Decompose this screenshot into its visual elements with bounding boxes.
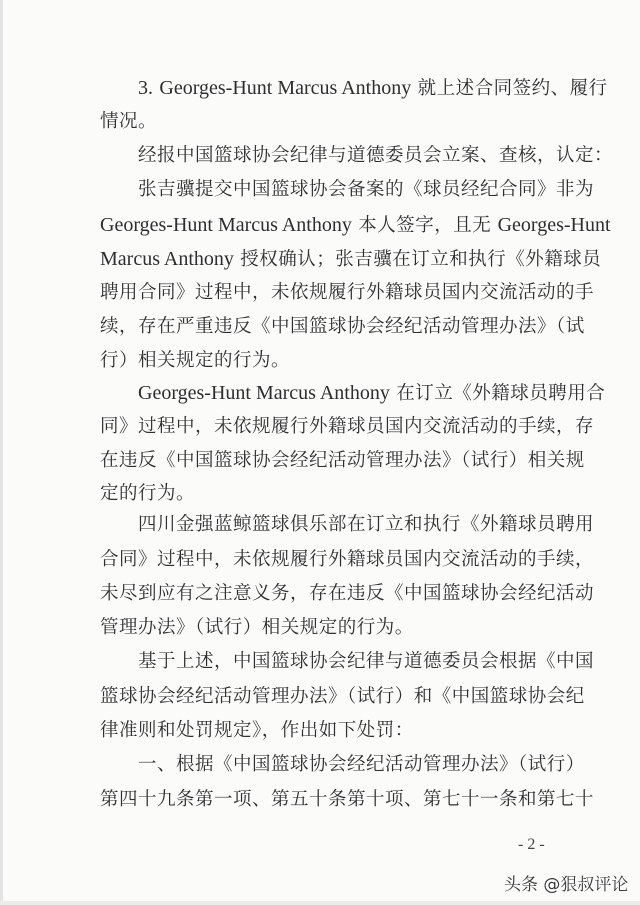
latin-text: 3. xyxy=(138,77,153,99)
text-line: 情况。 xyxy=(100,105,546,139)
latin-text: Georges-Hunt Marcus Anthony xyxy=(159,77,411,99)
text-line: 第四十九条第一项、第五十条第十项、第七十一条和第七十 xyxy=(100,783,546,817)
page-number: - 2 - xyxy=(518,836,545,854)
text-line: Marcus Anthony 授权确认；张吉骥在订立和执行《外籍球员 xyxy=(100,242,546,276)
text-line: 聘用合同》过程中，未依规履行外籍球员国内交流活动的手 xyxy=(100,276,546,310)
latin-text: Marcus Anthony xyxy=(100,248,234,270)
latin-text: Georges-Hunt Marcus Anthony xyxy=(100,214,352,236)
text-line: 管理办法》（试行）相关规定的行为。 xyxy=(100,611,546,645)
text-line: 经报中国篮球协会纪律与道德委员会立案、查核，认定： xyxy=(138,139,546,173)
text-line: Georges-Hunt Marcus Anthony 在订立《外籍球员聘用合 xyxy=(138,376,546,410)
text-line: 篮球协会经纪活动管理办法》（试行）和《中国篮球协会纪 xyxy=(100,680,546,714)
latin-text: Georges-Hunt xyxy=(498,214,611,236)
text-line: 一、根据《中国篮球协会经纪活动管理办法》（试行） xyxy=(138,748,546,782)
document-page: 3. Georges-Hunt Marcus Anthony 就上述合同签约、履… xyxy=(0,0,640,905)
text-line: Georges-Hunt Marcus Anthony 本人签字，且无 Geor… xyxy=(100,208,546,242)
text-line: 同》过程中，未依规履行外籍球员国内交流活动的手续，存 xyxy=(100,410,546,444)
latin-text: Georges-Hunt Marcus Anthony xyxy=(138,382,390,404)
source-watermark: 头条 @狠叔评论 xyxy=(504,870,628,895)
text-line: 定的行为。 xyxy=(100,477,546,511)
text-line: 在违反《中国篮球协会经纪活动管理办法》（试行）相关规 xyxy=(100,444,546,478)
text-line: 基于上述，中国篮球协会纪律与道德委员会根据《中国 xyxy=(138,645,546,679)
text-line: 张吉骥提交中国篮球协会备案的《球员经纪合同》非为 xyxy=(138,173,546,207)
text-line: 续，存在严重违反《中国篮球协会经纪活动管理办法》（试 xyxy=(100,310,546,344)
text-line: 未尽到应有之注意义务，存在违反《中国篮球协会经纪活动 xyxy=(100,577,546,611)
text-line: 合同》过程中，未依规履行外籍球员国内交流活动的手续， xyxy=(100,543,546,577)
text-line: 行）相关规定的行为。 xyxy=(100,344,546,378)
text-line: 3. Georges-Hunt Marcus Anthony 就上述合同签约、履… xyxy=(138,71,546,105)
text-line: 四川金强蓝鲸篮球俱乐部在订立和执行《外籍球员聘用 xyxy=(138,508,546,542)
text-line: 律准则和处罚规定》，作出如下处罚： xyxy=(100,714,546,748)
